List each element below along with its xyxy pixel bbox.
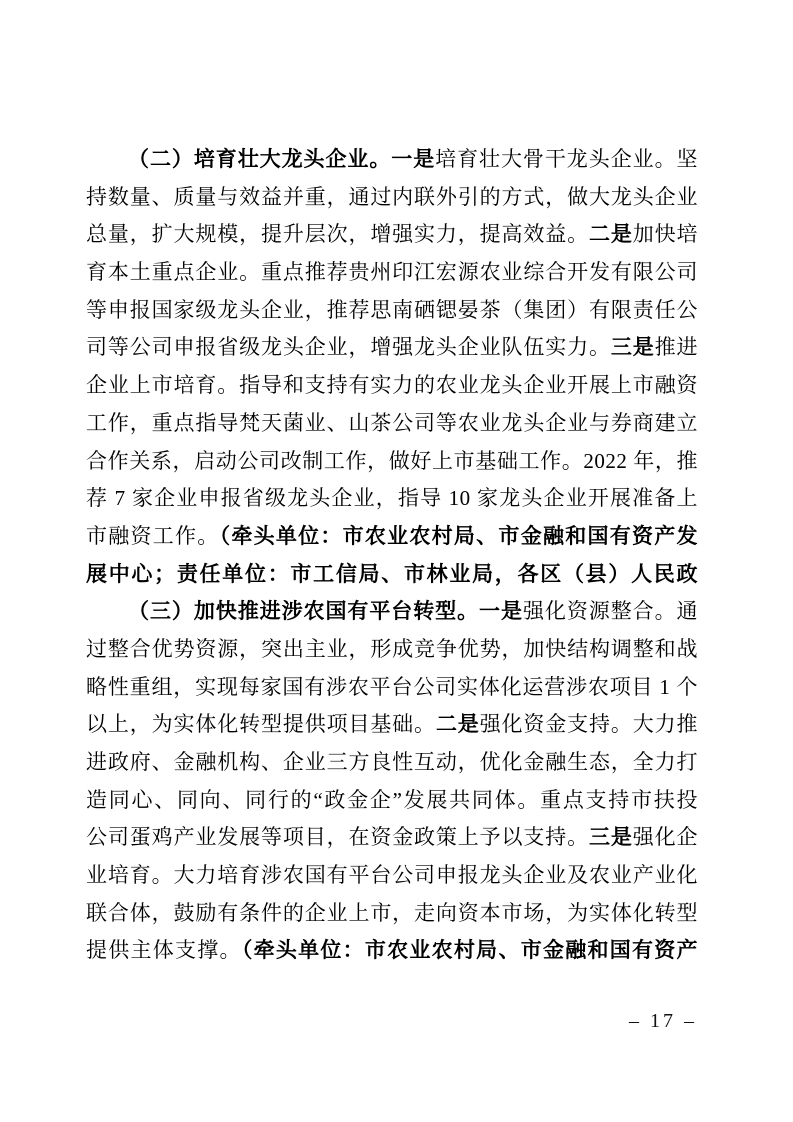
body-text: 进政府、金融机构、企业三方良性互动，优化金融生态，全力打 [86, 750, 698, 774]
emphasis-text: 一是 [391, 147, 435, 171]
text-line: 合作关系，启动公司改制工作，做好上市基础工作。2022 年，推 [86, 443, 698, 481]
text-line: 持数量、质量与效益并重，通过内联外引的方式，做大龙头企业 [86, 179, 698, 217]
emphasis-text: 三是 [611, 335, 655, 359]
emphasis-text: 三是 [589, 825, 633, 849]
emphasis-text: 一是 [479, 599, 523, 623]
document-body: （二）培育壮大龙头企业。一是培育壮大骨干龙头企业。坚持数量、质量与效益并重，通过… [86, 141, 698, 970]
text-line: 以上，为实体化转型提供项目基础。二是强化资金支持。大力推 [86, 706, 698, 744]
body-text: 略性重组，实现每家国有涉农平台公司实体化运营涉农项目 1 个 [86, 675, 698, 699]
body-text: 公司蛋鸡产业发展等项目，在资金政策上予以支持。 [86, 825, 589, 849]
text-line: 企业上市培育。指导和支持有实力的农业龙头企业开展上市融资 [86, 367, 698, 405]
emphasis-text: 二是 [589, 222, 633, 246]
text-line: 等申报国家级龙头企业，推荐思南硒锶晏茶（集团）有限责任公 [86, 292, 698, 330]
body-text: 荐 7 家企业申报省级龙头企业，指导 10 家龙头企业开展准备上 [86, 486, 698, 510]
body-text: 合作关系，启动公司改制工作，做好上市基础工作。2022 年，推 [86, 449, 698, 473]
document-page: （二）培育壮大龙头企业。一是培育壮大骨干龙头企业。坚持数量、质量与效益并重，通过… [0, 0, 793, 1122]
emphasis-text: （三）加快推进涉农国有平台转型。 [128, 599, 479, 623]
body-text: 提供主体支撑。 [86, 938, 242, 962]
body-text: 加快培 [633, 222, 698, 246]
text-line: 工作，重点指导梵天菌业、山茶公司等农业龙头企业与券商建立 [86, 405, 698, 443]
body-text: 育本土重点企业。重点推荐贵州印江宏源农业综合开发有限公司 [86, 260, 698, 284]
body-text: 强化资源整合。通 [523, 599, 698, 623]
text-line: 略性重组，实现每家国有涉农平台公司实体化运营涉农项目 1 个 [86, 669, 698, 707]
body-text: 联合体，鼓励有条件的企业上市，走向资本市场，为实体化转型 [86, 901, 698, 925]
text-line: 市融资工作。（牵头单位：市农业农村局、市金融和国有资产发 [86, 518, 698, 556]
text-line: 总量，扩大规模，提升层次，增强实力，提高效益。二是加快培 [86, 216, 698, 254]
page-number: – 17 – [629, 1010, 697, 1033]
body-text: 推进 [655, 335, 698, 359]
text-line: 公司蛋鸡产业发展等项目，在资金政策上予以支持。三是强化企 [86, 819, 698, 857]
body-text: 以上，为实体化转型提供项目基础。 [86, 712, 436, 736]
body-text: 企业上市培育。指导和支持有实力的农业龙头企业开展上市融资 [86, 373, 698, 397]
unit-annotation-text: （牵头单位：市农业农村局、市金融和国有资产 [242, 939, 698, 962]
text-line: 提供主体支撑。（牵头单位：市农业农村局、市金融和国有资产 [86, 932, 698, 970]
text-line: 荐 7 家企业申报省级龙头企业，指导 10 家龙头企业开展准备上 [86, 480, 698, 518]
unit-annotation-text: （牵头单位：市农业农村局、市金融和国有资产发 [220, 525, 698, 548]
body-text: 等申报国家级龙头企业，推荐思南硒锶晏茶（集团）有限责任公 [86, 298, 698, 322]
text-line: 业培育。大力培育涉农国有平台公司申报龙头企业及农业产业化 [86, 857, 698, 895]
text-line: 育本土重点企业。重点推荐贵州印江宏源农业综合开发有限公司 [86, 254, 698, 292]
text-line: （二）培育壮大龙头企业。一是培育壮大骨干龙头企业。坚 [86, 141, 698, 179]
unit-annotation-text: 展中心；责任单位：市工信局、市林业局，各区（县）人民政府） [86, 563, 698, 594]
body-text: 持数量、质量与效益并重，通过内联外引的方式，做大龙头企业 [86, 185, 698, 209]
emphasis-text: 二是 [436, 712, 480, 736]
text-line: （三）加快推进涉农国有平台转型。一是强化资源整合。通 [86, 593, 698, 631]
body-text: 造同心、同向、同行的“政金企”发展共同体。重点支持市扶投 [86, 788, 698, 812]
body-text: 过整合优势资源，突出主业，形成竞争优势，加快结构调整和战 [86, 637, 698, 661]
text-line: 司等公司申报省级龙头企业，增强龙头企业队伍实力。三是推进 [86, 329, 698, 367]
text-line: 造同心、同向、同行的“政金企”发展共同体。重点支持市扶投 [86, 782, 698, 820]
body-text: 总量，扩大规模，提升层次，增强实力，提高效益。 [86, 222, 589, 246]
text-line: 联合体，鼓励有条件的企业上市，走向资本市场，为实体化转型 [86, 895, 698, 933]
body-text: 业培育。大力培育涉农国有平台公司申报龙头企业及农业产业化 [86, 863, 698, 887]
body-text: 培育壮大骨干龙头企业。坚 [435, 147, 698, 171]
body-text: 强化企 [633, 825, 698, 849]
emphasis-text: （二）培育壮大龙头企业。 [128, 147, 391, 171]
body-text: 市融资工作。 [86, 524, 220, 548]
body-text: 强化资金支持。大力推 [480, 712, 698, 736]
text-line: 进政府、金融机构、企业三方良性互动，优化金融生态，全力打 [86, 744, 698, 782]
body-text: 司等公司申报省级龙头企业，增强龙头企业队伍实力。 [86, 335, 611, 359]
text-line: 展中心；责任单位：市工信局、市林业局，各区（县）人民政府） [86, 556, 698, 594]
body-text: 工作，重点指导梵天菌业、山茶公司等农业龙头企业与券商建立 [86, 411, 698, 435]
text-line: 过整合优势资源，突出主业，形成竞争优势，加快结构调整和战 [86, 631, 698, 669]
